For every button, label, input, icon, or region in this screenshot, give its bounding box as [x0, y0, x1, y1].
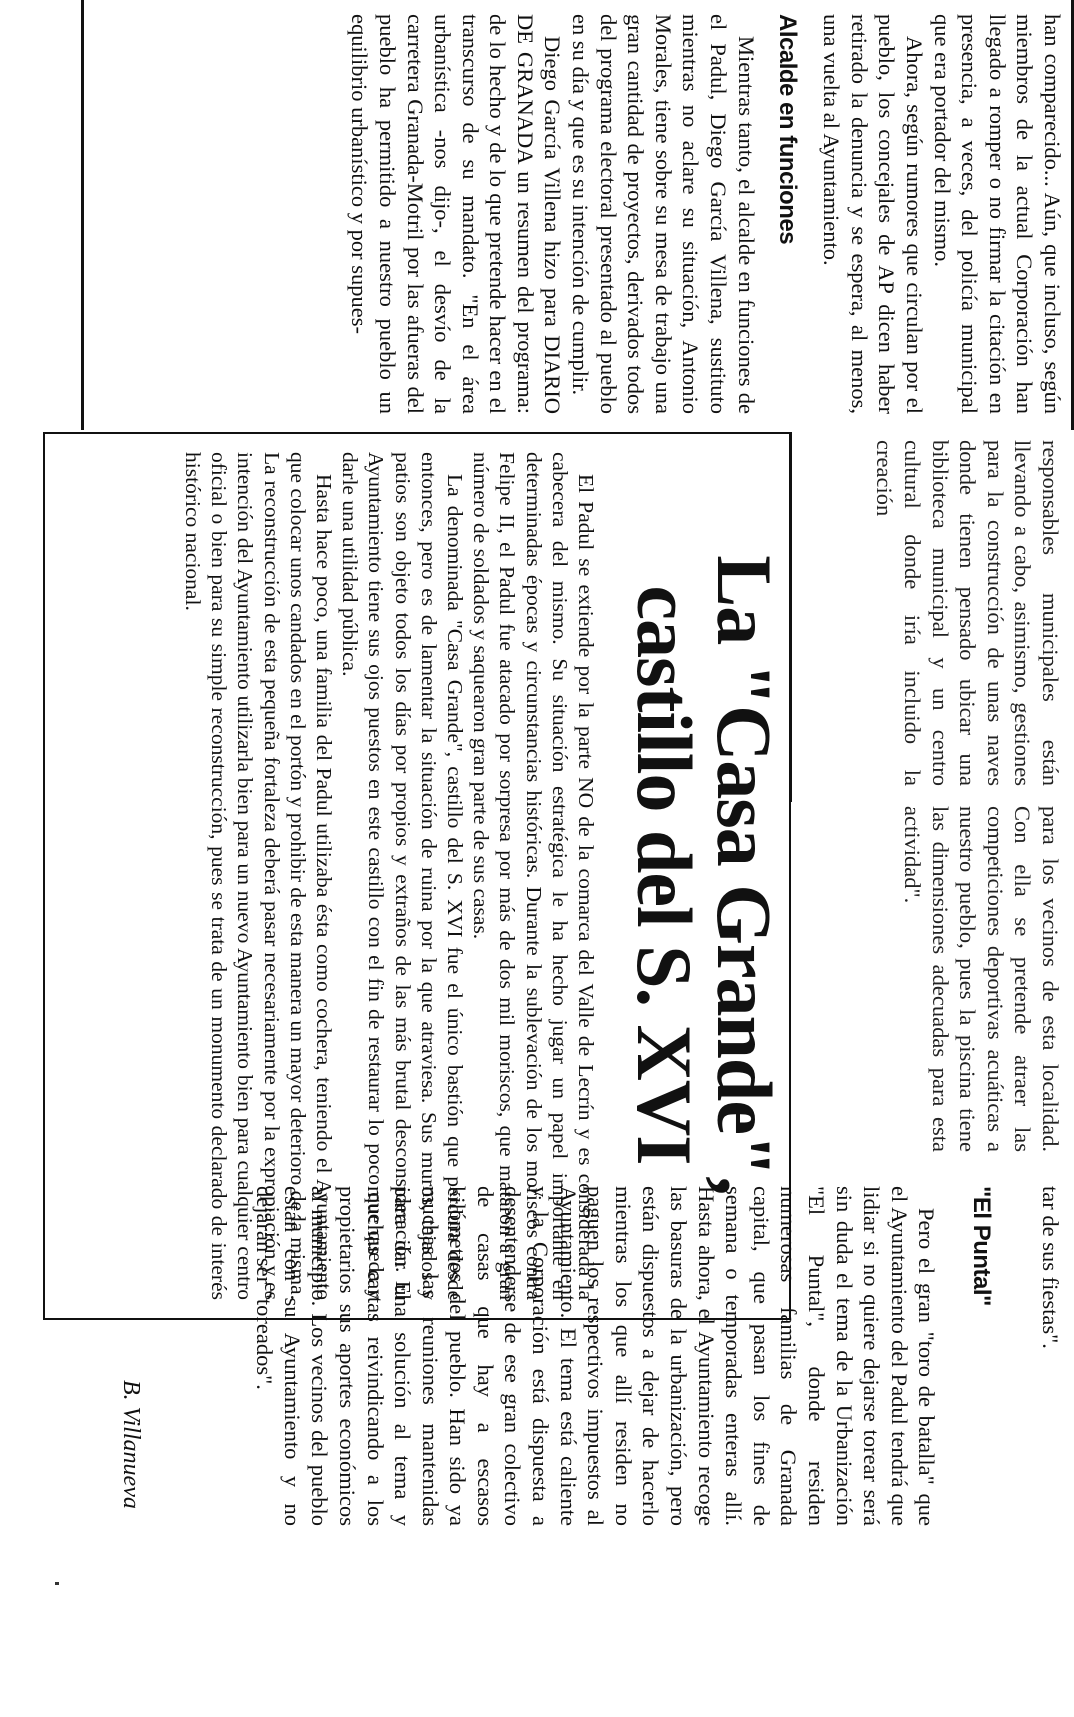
mid-upper-b-text: para los vecinos de esta localidad. Con … [898, 806, 1064, 1152]
puntal-lead-line: tar de sus fiestas". [1036, 1186, 1064, 1526]
boxed-article-body: El Padul se extiende por la parte NO de … [180, 452, 599, 1300]
column-left-paragraph: han comparecido... Aún, que incluso, seg… [928, 14, 1066, 414]
alcalde-paragraph: Diego García Villena hizo para DIARIO DE… [346, 14, 567, 414]
column-puntal: tar de sus fiestas". "El Puntal" Pero el… [251, 1186, 1064, 1526]
mid-upper-a-text: responsables municipales están llevando … [871, 440, 1064, 786]
puntal-paragraph: Pero el gran "toro de batalla" que el Ay… [251, 1186, 941, 1526]
headline-rule [789, 432, 792, 802]
newspaper-clipping: han comparecido... Aún, que incluso, seg… [0, 0, 1074, 1717]
section-heading-puntal: "El Puntal" [966, 1186, 996, 1526]
article-paragraph: La denominada "Casa Grande", castillo de… [337, 452, 468, 1300]
article-paragraph: El Padul se extiende por la parte NO de … [468, 452, 599, 1300]
article-paragraph: Hasta hace poco, una familia del Padul u… [180, 452, 337, 1300]
column-left-paragraph: Ahora, según rumores que circulan por el… [818, 14, 928, 414]
column-left: han comparecido... Aún, que incluso, seg… [346, 14, 1066, 414]
column-mid-upper-b: para los vecinos de esta localidad. Con … [898, 806, 1064, 1152]
article-headline: La "Casa Grande", castillo del S. XVI [624, 460, 784, 1290]
scan-speck [55, 1582, 59, 1585]
byline: B. Villanueva [117, 1380, 144, 1509]
alcalde-paragraph: Mientras tanto, el alcalde en funciones … [567, 14, 760, 414]
column-mid-upper-a: responsables municipales están llevando … [871, 440, 1064, 786]
column-rule-bottom [81, 0, 84, 430]
section-heading-alcalde: Alcalde en funciones [772, 14, 802, 414]
